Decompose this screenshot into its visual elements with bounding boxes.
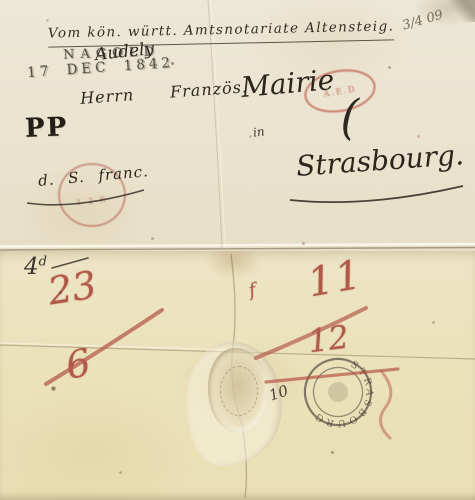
ink-rate-mark: 4d <box>24 254 47 280</box>
ink-rate-sup: d <box>39 254 47 269</box>
seal-inner-ring <box>220 366 258 416</box>
pp-paid-mark: PP <box>24 112 68 143</box>
red-crayon-numerator-right: 11 <box>304 252 366 307</box>
cds-center-smudge <box>325 379 352 406</box>
black-circular-datestamp: STRASBOURG <box>296 350 380 434</box>
folded-corner <box>445 0 475 22</box>
red-crayon-numerator-left: 23 <box>45 262 100 313</box>
paper-speckles <box>0 0 1 1</box>
address-small-mark: in <box>252 124 265 139</box>
red-crayon-denominator-right: 12 <box>306 318 351 361</box>
ink-rate-value: 4 <box>24 254 39 280</box>
letter-photo: Vom kön. württ. Amtsnotariate Altensteig… <box>0 0 475 500</box>
pen-flourish: ( <box>340 89 360 146</box>
red-cds-text: 1 2-R <box>76 195 108 207</box>
